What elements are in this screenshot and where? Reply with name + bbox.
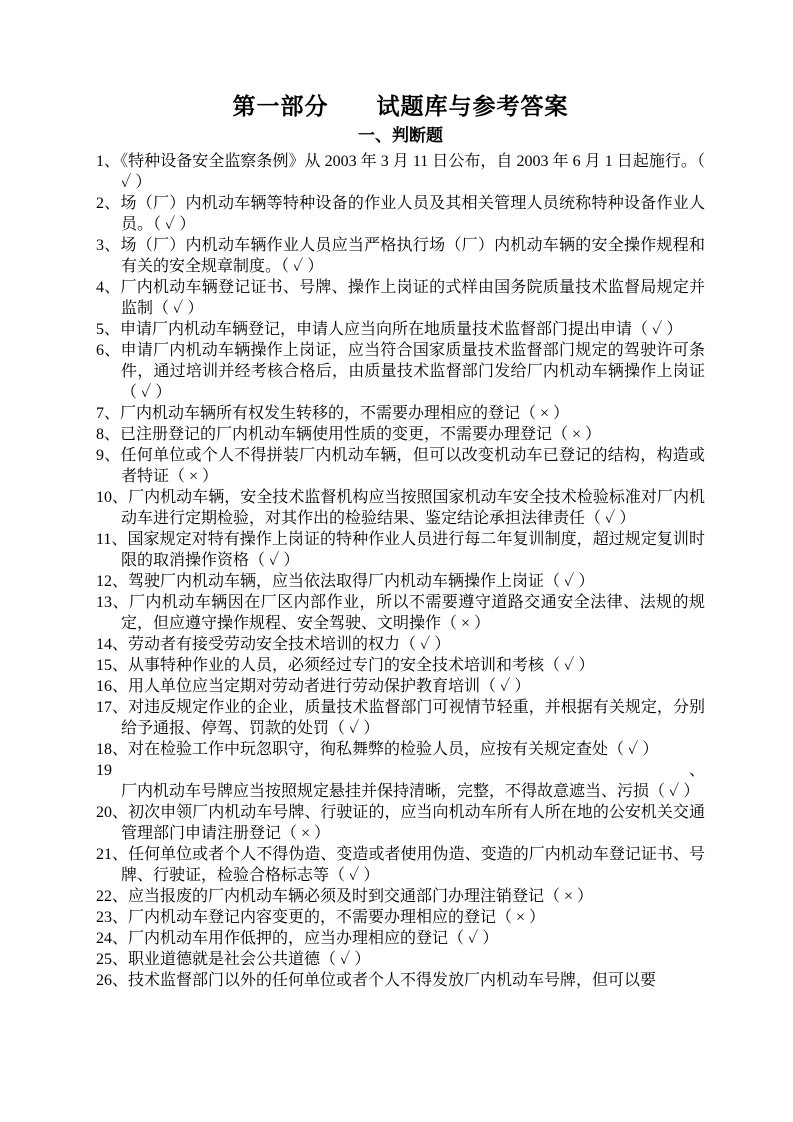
question-number: 13、 bbox=[96, 594, 129, 611]
question-text: 劳动者有接受劳动安全技术培训的权力（ ✓ ） bbox=[128, 636, 450, 653]
question-text: 应当报废的厂内机动车辆必须及时到交通部门办理注销登记（ × ） bbox=[128, 888, 593, 905]
question-item: 21、任何单位或者个人不得伪造、变造或者使用伪造、变造的厂内机动车登记证书、号牌… bbox=[96, 844, 705, 886]
question-text: 场（厂）内机动车辆作业人员应当严格执行场（厂）内机动车辆的安全操作规程和有关的安… bbox=[121, 237, 706, 275]
question-text: 厂内机动车登记内容变更的，不需要办理相应的登记（ × ） bbox=[128, 909, 545, 926]
question-item: 13、厂内机动车辆因在厂区内部作业，所以不需要遵守道路交通安全法律、法规的规定，… bbox=[96, 592, 705, 634]
question-item: 2、场（厂）内机动车辆等特种设备的作业人员及其相关管理人员统称特种设备作业人员。… bbox=[96, 193, 705, 235]
question-number: 3、 bbox=[96, 237, 121, 254]
question-text: 对在检验工作中玩忽职守，徇私舞弊的检验人员，应按有关规定查处（ ✓ ） bbox=[128, 741, 658, 758]
question-item: 11、国家规定对特有操作上岗证的特种作业人员进行每二年复训制度，超过规定复训时限… bbox=[96, 529, 705, 571]
question-text: 厂内机动车辆所有权发生转移的，不需要办理相应的登记（ × ） bbox=[120, 405, 569, 422]
question-item: 19、厂内机动车号牌应当按照规定悬挂并保持清晰，完整，不得故意遮当、污损（ ✓ … bbox=[96, 760, 705, 802]
question-number: 23、 bbox=[96, 909, 128, 926]
question-number: 9、 bbox=[96, 447, 121, 464]
question-number: 15、 bbox=[96, 657, 128, 674]
question-number: 19、 bbox=[96, 762, 705, 779]
question-number: 8、 bbox=[96, 426, 120, 443]
question-number: 21、 bbox=[96, 846, 128, 863]
question-text: 厂内机动车辆登记证书、号牌、操作上岗证的式样由国务院质量技术监督局规定并监制（ … bbox=[121, 279, 706, 317]
question-item: 6、申请厂内机动车辆操作上岗证，应当符合国家质量技术监督部门规定的驾驶许可条件，… bbox=[96, 340, 705, 403]
question-text: 用人单位应当定期对劳动者进行劳动保护教育培训（ ✓ ） bbox=[128, 678, 530, 695]
question-text: 国家规定对特有操作上岗证的特种作业人员进行每二年复训制度，超过规定复训时限的取消… bbox=[121, 531, 705, 569]
question-number: 10、 bbox=[96, 489, 128, 506]
question-text: 初次申领厂内机动车号牌、行驶证的，应当向机动车所有人所在地的公安机关交通管理部门… bbox=[121, 804, 705, 842]
question-item: 7、厂内机动车辆所有权发生转移的，不需要办理相应的登记（ × ） bbox=[96, 403, 705, 424]
document-page: 第一部分 试题库与参考答案 一、判断题 1、《特种设备安全监察条例》从 2003… bbox=[0, 0, 793, 1122]
question-text: 已注册登记的厂内机动车辆使用性质的变更，不需要办理登记（ × ） bbox=[120, 426, 601, 443]
question-number: 26、 bbox=[96, 972, 128, 989]
question-item: 5、申请厂内机动车辆登记，申请人应当向所在地质量技术监督部门提出申请（ ✓ ） bbox=[96, 319, 705, 340]
question-item: 1、《特种设备安全监察条例》从 2003 年 3 月 11 日公布，自 2003… bbox=[96, 151, 705, 193]
question-item: 18、对在检验工作中玩忽职守，徇私舞弊的检验人员，应按有关规定查处（ ✓ ） bbox=[96, 739, 705, 760]
question-item: 22、应当报废的厂内机动车辆必须及时到交通部门办理注销登记（ × ） bbox=[96, 886, 705, 907]
question-number: 1、 bbox=[96, 153, 120, 170]
question-item: 3、场（厂）内机动车辆作业人员应当严格执行场（厂）内机动车辆的安全操作规程和有关… bbox=[96, 235, 705, 277]
question-item: 12、驾驶厂内机动车辆，应当依法取得厂内机动车辆操作上岗证（ ✓ ） bbox=[96, 571, 705, 592]
question-item: 26、技术监督部门以外的任何单位或者个人不得发放厂内机动车号牌，但可以要 bbox=[96, 970, 705, 991]
question-item: 9、任何单位或个人不得拼装厂内机动车辆，但可以改变机动车已登记的结构，构造或者特… bbox=[96, 445, 705, 487]
question-item: 23、厂内机动车登记内容变更的，不需要办理相应的登记（ × ） bbox=[96, 907, 705, 928]
question-item: 17、对违反规定作业的企业，质量技术监督部门可视情节轻重，并根据有关规定，分别给… bbox=[96, 697, 705, 739]
question-number: 18、 bbox=[96, 741, 128, 758]
question-item: 16、用人单位应当定期对劳动者进行劳动保护教育培训（ ✓ ） bbox=[96, 676, 705, 697]
question-item: 14、劳动者有接受劳动安全技术培训的权力（ ✓ ） bbox=[96, 634, 705, 655]
question-number: 11、 bbox=[96, 531, 128, 548]
question-text: 厂内机动车用作低押的，应当办理相应的登记（ ✓ ） bbox=[128, 930, 498, 947]
document-title: 第一部分 试题库与参考答案 bbox=[96, 92, 705, 122]
question-text: 厂内机动车辆因在厂区内部作业，所以不需要遵守道路交通安全法律、法规的规定，但应遵… bbox=[121, 594, 705, 632]
question-number: 5、 bbox=[96, 321, 120, 338]
question-text: 任何单位或个人不得拼装厂内机动车辆，但可以改变机动车已登记的结构，构造或者特证（… bbox=[121, 447, 706, 485]
question-item: 10、厂内机动车辆，安全技术监督机构应当按照国家机动车安全技术检验标准对厂内机动… bbox=[96, 487, 705, 529]
question-list: 1、《特种设备安全监察条例》从 2003 年 3 月 11 日公布，自 2003… bbox=[96, 151, 705, 991]
question-number: 16、 bbox=[96, 678, 128, 695]
question-number: 25、 bbox=[96, 951, 128, 968]
question-item: 4、厂内机动车辆登记证书、号牌、操作上岗证的式样由国务院质量技术监督局规定并监制… bbox=[96, 277, 705, 319]
question-text: 厂内机动车辆，安全技术监督机构应当按照国家机动车安全技术检验标准对厂内机动车进行… bbox=[121, 489, 705, 527]
question-text: 场（厂）内机动车辆等特种设备的作业人员及其相关管理人员统称特种设备作业人员。（ … bbox=[121, 195, 706, 233]
question-number: 2、 bbox=[96, 195, 121, 212]
question-number: 17、 bbox=[96, 699, 128, 716]
question-number: 14、 bbox=[96, 636, 128, 653]
question-item: 15、从事特种作业的人员，必须经过专门的安全技术培训和考核（ ✓ ） bbox=[96, 655, 705, 676]
question-number: 22、 bbox=[96, 888, 128, 905]
question-text: 职业道德就是社会公共道德（ ✓ ） bbox=[128, 951, 370, 968]
question-text: 驾驶厂内机动车辆，应当依法取得厂内机动车辆操作上岗证（ ✓ ） bbox=[128, 573, 594, 590]
question-number: 4、 bbox=[96, 279, 121, 296]
question-text: 《特种设备安全监察条例》从 2003 年 3 月 11 日公布，自 2003 年… bbox=[120, 153, 705, 191]
section-heading: 一、判断题 bbox=[96, 124, 705, 147]
question-number: 7、 bbox=[96, 405, 120, 422]
question-text: 对违反规定作业的企业，质量技术监督部门可视情节轻重，并根据有关规定，分别给予通报… bbox=[121, 699, 705, 737]
question-text: 从事特种作业的人员，必须经过专门的安全技术培训和考核（ ✓ ） bbox=[128, 657, 594, 674]
question-item: 24、厂内机动车用作低押的，应当办理相应的登记（ ✓ ） bbox=[96, 928, 705, 949]
question-number: 20、 bbox=[96, 804, 128, 821]
question-number: 24、 bbox=[96, 930, 128, 947]
question-number: 6、 bbox=[96, 342, 121, 359]
question-item: 20、初次申领厂内机动车号牌、行驶证的，应当向机动车所有人所在地的公安机关交通管… bbox=[96, 802, 705, 844]
question-text: 申请厂内机动车辆登记，申请人应当向所在地质量技术监督部门提出申请（ ✓ ） bbox=[120, 321, 682, 338]
question-number: 12、 bbox=[96, 573, 128, 590]
question-text: 厂内机动车号牌应当按照规定悬挂并保持清晰，完整，不得故意遮当、污损（ ✓ ） bbox=[121, 783, 699, 800]
question-item: 25、职业道德就是社会公共道德（ ✓ ） bbox=[96, 949, 705, 970]
question-text: 技术监督部门以外的任何单位或者个人不得发放厂内机动车号牌，但可以要 bbox=[128, 972, 656, 989]
question-text: 申请厂内机动车辆操作上岗证，应当符合国家质量技术监督部门规定的驾驶许可条件，通过… bbox=[121, 342, 706, 401]
question-text: 任何单位或者个人不得伪造、变造或者使用伪造、变造的厂内机动车登记证书、号牌、行驶… bbox=[121, 846, 705, 884]
question-item: 8、已注册登记的厂内机动车辆使用性质的变更，不需要办理登记（ × ） bbox=[96, 424, 705, 445]
